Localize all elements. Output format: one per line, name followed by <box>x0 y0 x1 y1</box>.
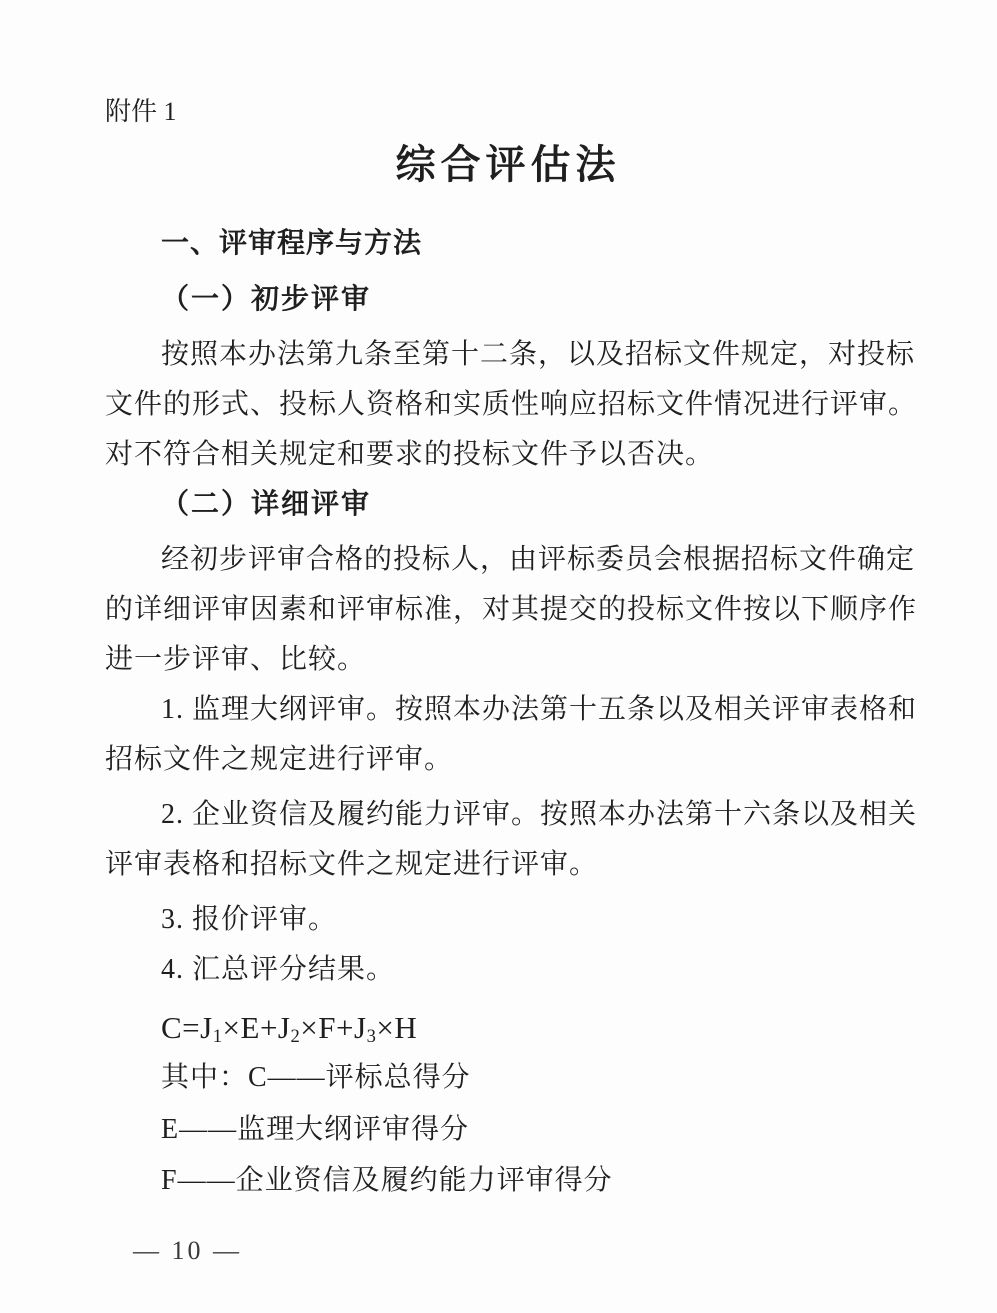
formula-subscript: 2 <box>291 1026 301 1047</box>
formula-part: ×H <box>376 1010 417 1045</box>
page-number: — 10 — <box>133 1231 242 1271</box>
document-title: 综合评估法 <box>105 137 911 193</box>
paragraph-line: 文件的形式、投标人资格和实质性响应招标文件情况进行评审。 <box>105 380 911 430</box>
list-item-1: 1. 监理大纲评审。按照本办法第十五条以及相关评审表格和 <box>105 685 911 735</box>
attachment-label: 附件 1 <box>105 87 911 137</box>
document-page: 附件 1 综合评估法 一、评审程序与方法 （一）初步评审 按照本办法第九条至第十… <box>0 0 997 1313</box>
paragraph-line: 经初步评审合格的投标人，由评标委员会根据招标文件确定 <box>105 535 911 585</box>
subsection-heading-preliminary-review: （一）初步评审 <box>105 275 911 325</box>
list-item-2: 2. 企业资信及履约能力评审。按照本办法第十六条以及相关 <box>105 790 911 840</box>
section-heading: 一、评审程序与方法 <box>105 218 911 268</box>
paragraph-line: 对不符合相关规定和要求的投标文件予以否决。 <box>105 430 911 480</box>
paragraph-line: 按照本办法第九条至第十二条，以及招标文件规定，对投标 <box>105 330 911 380</box>
legend-line-f: F——企业资信及履约能力评审得分 <box>105 1156 911 1206</box>
formula-part: C=J <box>161 1010 213 1045</box>
paragraph-line: 的详细评审因素和评审标准，对其提交的投标文件按以下顺序作 <box>105 585 911 635</box>
legend-line-e: E——监理大纲评审得分 <box>105 1105 911 1155</box>
subsection-heading-detailed-review: （二）详细评审 <box>105 480 911 530</box>
legend-line-c: 其中：C——评标总得分 <box>105 1053 911 1103</box>
formula-subscript: 1 <box>213 1026 223 1047</box>
formula-subscript: 3 <box>367 1026 377 1047</box>
list-item-4: 4. 汇总评分结果。 <box>105 945 911 995</box>
paragraph-line: 招标文件之规定进行评审。 <box>105 735 911 785</box>
paragraph-line: 评审表格和招标文件之规定进行评审。 <box>105 840 911 890</box>
paragraph-line: 进一步评审、比较。 <box>105 635 911 685</box>
formula-part: ×F+J <box>300 1010 366 1045</box>
list-item-3: 3. 报价评审。 <box>105 895 911 945</box>
document-content: 附件 1 综合评估法 一、评审程序与方法 （一）初步评审 按照本办法第九条至第十… <box>105 87 911 1206</box>
formula-part: ×E+J <box>223 1010 291 1045</box>
score-formula: C=J1×E+J2×F+J3×H <box>105 1003 911 1053</box>
